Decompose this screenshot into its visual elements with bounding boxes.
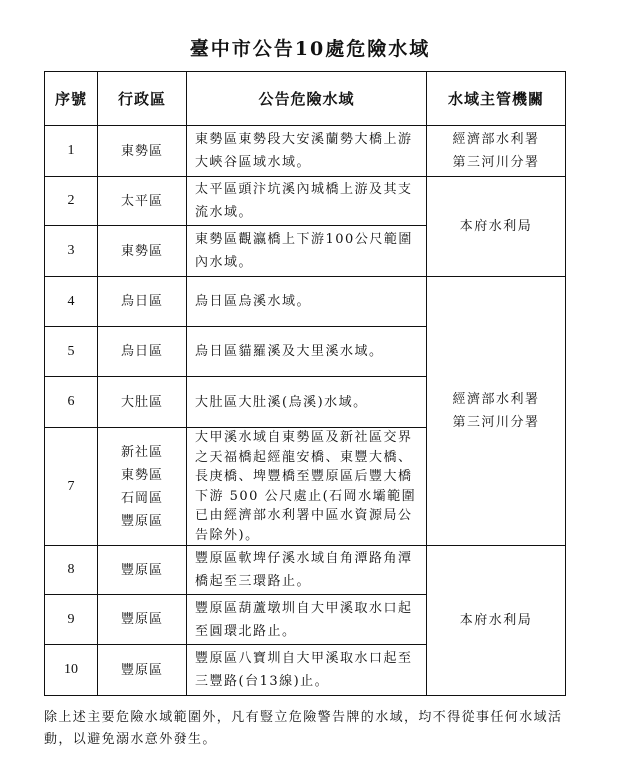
header-area: 公告危險水域 bbox=[187, 72, 427, 126]
agency: 經濟部水利署第三河川分署 bbox=[427, 277, 566, 546]
district: 東勢區 bbox=[98, 226, 187, 277]
district-name: 豐原區 bbox=[98, 608, 186, 631]
footnote: 除上述主要危險水域範圍外，凡有豎立危險警告牌的水域，均不得從事任何水域活動，以避… bbox=[44, 707, 574, 751]
danger-area: 烏日區貓羅溪及大里溪水域。 bbox=[187, 327, 427, 377]
table-row: 1 東勢區 東勢區東勢段大安溪蘭勢大橋上游大峽谷區域水域。 經濟部水利署第三河川… bbox=[45, 126, 566, 177]
danger-area: 大肚區大肚溪(烏溪)水域。 bbox=[187, 377, 427, 428]
district: 豐原區 bbox=[98, 645, 187, 696]
serial-number: 6 bbox=[45, 377, 98, 428]
serial-number: 3 bbox=[45, 226, 98, 277]
serial-number: 5 bbox=[45, 327, 98, 377]
agency-line: 本府水利局 bbox=[427, 609, 565, 632]
agency-line: 經濟部水利署 bbox=[427, 388, 565, 411]
district-name: 豐原區 bbox=[98, 510, 186, 533]
danger-area: 東勢區觀瀛橋上下游100公尺範圍內水域。 bbox=[187, 226, 427, 277]
district: 太平區 bbox=[98, 177, 187, 226]
header-district: 行政區 bbox=[98, 72, 187, 126]
header-agency: 水域主管機關 bbox=[427, 72, 566, 126]
agency-line: 第三河川分署 bbox=[427, 151, 565, 174]
danger-area: 太平區頭汴坑溪內城橋上游及其支流水域。 bbox=[187, 177, 427, 226]
serial-number: 10 bbox=[45, 645, 98, 696]
district: 烏日區 bbox=[98, 277, 187, 327]
danger-area: 大甲溪水域自東勢區及新社區交界之天福橋起經龍安橋、東豐大橋、長庚橋、埤豐橋至豐原… bbox=[187, 428, 427, 546]
danger-area: 豐原區軟埤仔溪水域自角潭路角潭橋起至三環路止。 bbox=[187, 546, 427, 595]
serial-number: 8 bbox=[45, 546, 98, 595]
serial-number: 1 bbox=[45, 126, 98, 177]
agency-line: 本府水利局 bbox=[427, 215, 565, 238]
district: 豐原區 bbox=[98, 595, 187, 645]
serial-number: 9 bbox=[45, 595, 98, 645]
district-name: 烏日區 bbox=[98, 340, 186, 363]
danger-area: 豐原區葫蘆墩圳自大甲溪取水口起至圓環北路止。 bbox=[187, 595, 427, 645]
district: 烏日區 bbox=[98, 327, 187, 377]
agency-line: 經濟部水利署 bbox=[427, 128, 565, 151]
district-name: 東勢區 bbox=[98, 140, 186, 163]
danger-area: 烏日區烏溪水域。 bbox=[187, 277, 427, 327]
agency: 本府水利局 bbox=[427, 177, 566, 277]
agency: 經濟部水利署第三河川分署 bbox=[427, 126, 566, 177]
table-row: 4 烏日區 烏日區烏溪水域。 經濟部水利署第三河川分署 bbox=[45, 277, 566, 327]
serial-number: 7 bbox=[45, 428, 98, 546]
district: 新社區 東勢區 石岡區 豐原區 bbox=[98, 428, 187, 546]
table-header-row: 序號 行政區 公告危險水域 水域主管機關 bbox=[45, 72, 566, 126]
agency: 本府水利局 bbox=[427, 546, 566, 696]
document-title: 臺中市公告10處危險水域 bbox=[0, 34, 620, 61]
danger-area: 豐原區八寶圳自大甲溪取水口起至三豐路(台13線)止。 bbox=[187, 645, 427, 696]
district-name: 石岡區 bbox=[98, 487, 186, 510]
district-name: 豐原區 bbox=[98, 559, 186, 582]
table-row: 2 太平區 太平區頭汴坑溪內城橋上游及其支流水域。 本府水利局 bbox=[45, 177, 566, 226]
district: 豐原區 bbox=[98, 546, 187, 595]
danger-area: 東勢區東勢段大安溪蘭勢大橋上游大峽谷區域水域。 bbox=[187, 126, 427, 177]
district-name: 太平區 bbox=[98, 190, 186, 213]
agency-line: 第三河川分署 bbox=[427, 411, 565, 434]
district-name: 新社區 bbox=[98, 441, 186, 464]
serial-number: 4 bbox=[45, 277, 98, 327]
district-name: 烏日區 bbox=[98, 290, 186, 313]
table-row: 8 豐原區 豐原區軟埤仔溪水域自角潭路角潭橋起至三環路止。 本府水利局 bbox=[45, 546, 566, 595]
district-name: 大肚區 bbox=[98, 391, 186, 414]
district-name: 東勢區 bbox=[98, 464, 186, 487]
district-name: 豐原區 bbox=[98, 659, 186, 682]
district: 大肚區 bbox=[98, 377, 187, 428]
header-serial: 序號 bbox=[45, 72, 98, 126]
district: 東勢區 bbox=[98, 126, 187, 177]
serial-number: 2 bbox=[45, 177, 98, 226]
dangerous-waters-table: 序號 行政區 公告危險水域 水域主管機關 1 東勢區 東勢區東勢段大安溪蘭勢大橋… bbox=[44, 71, 566, 696]
district-name: 東勢區 bbox=[98, 240, 186, 263]
